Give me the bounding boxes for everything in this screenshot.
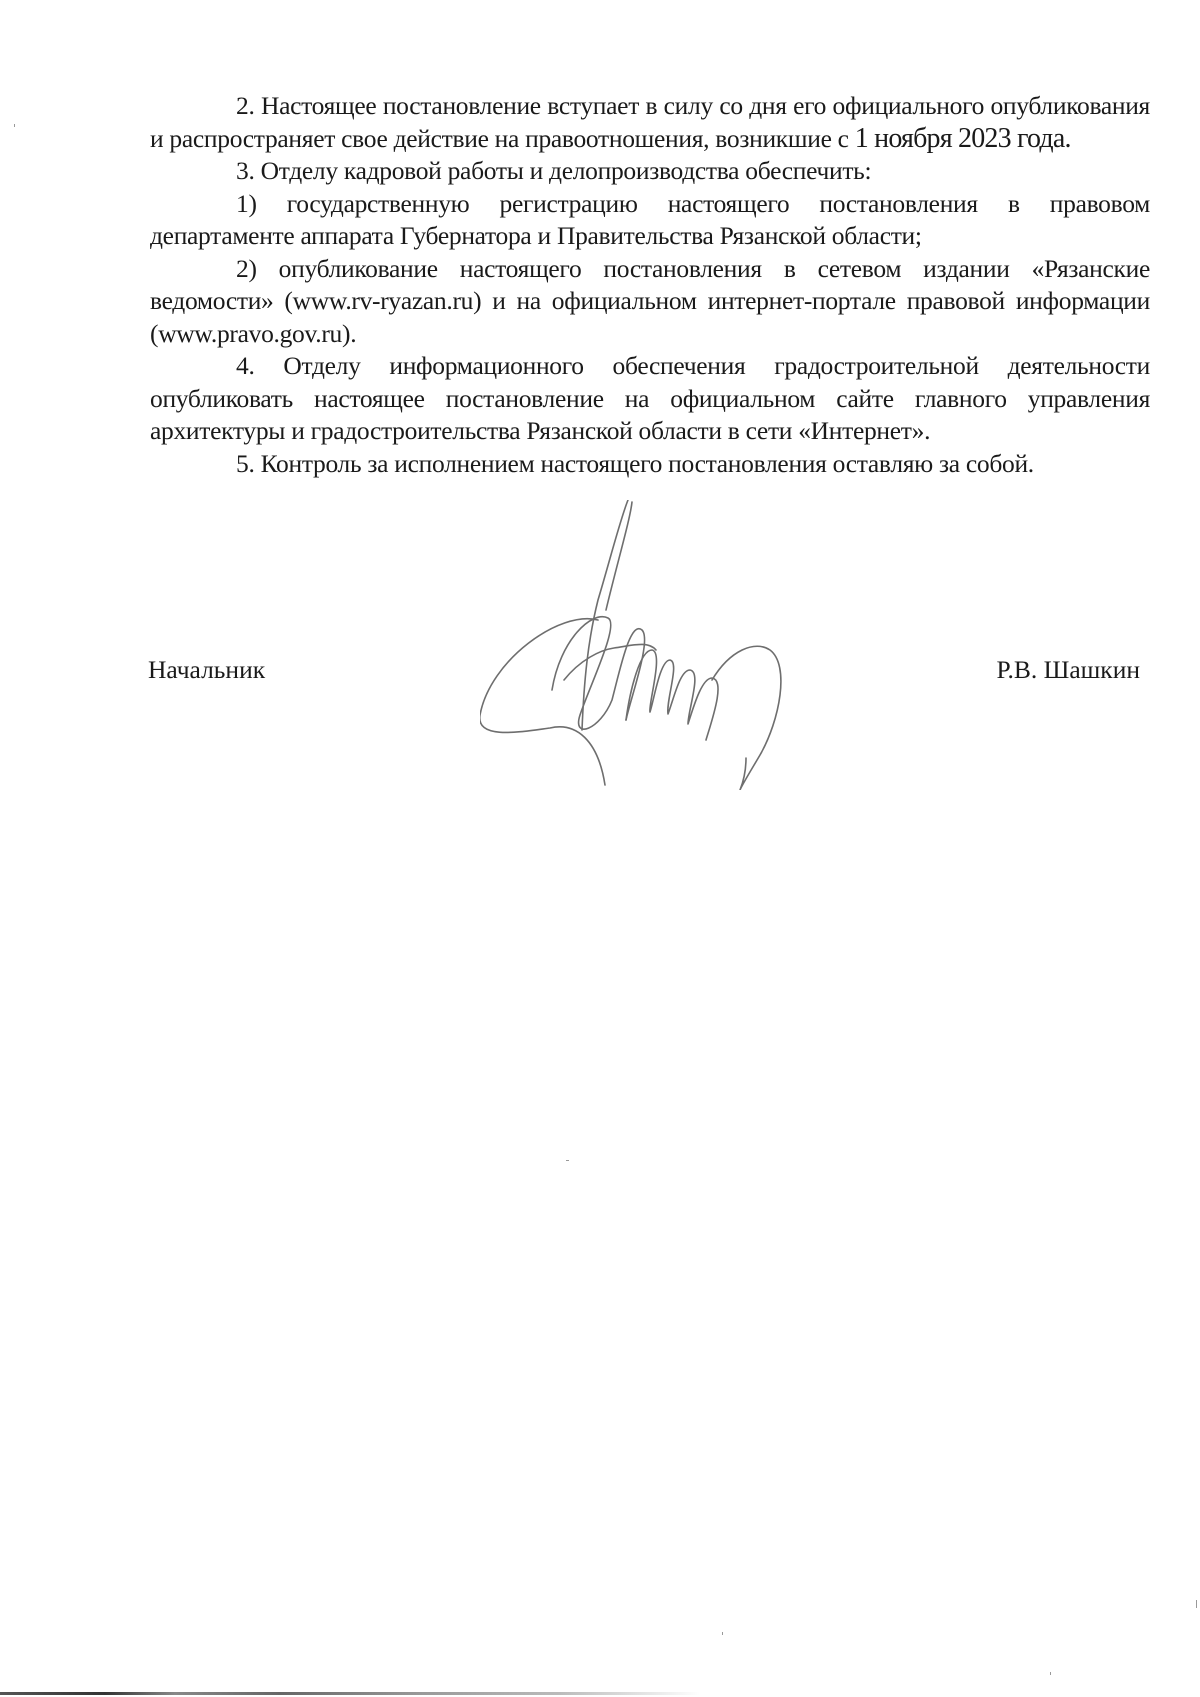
effective-date: 1 ноября 2023 года.: [855, 123, 1071, 154]
paragraph-3-item-1: 1) государственную регистрацию настоящег…: [150, 188, 1150, 253]
document-page: 2. Настоящее постановление вступает в си…: [0, 0, 1200, 1697]
paragraph-2: 2. Настоящее постановление вступает в си…: [150, 90, 1150, 155]
scan-artifact: [1050, 1672, 1051, 1675]
scan-artifact: [566, 1160, 569, 1161]
paragraph-4: 4. Отделу информационного обеспечения гр…: [150, 350, 1150, 448]
paragraph-3-item-2: 2) опубликование настоящего постановлени…: [150, 253, 1150, 351]
document-body: 2. Настоящее постановление вступает в си…: [150, 90, 1150, 480]
scan-artifact: [14, 124, 15, 127]
signer-name: Р.В. Шашкин: [997, 654, 1141, 686]
scan-bottom-edge: [0, 1692, 700, 1695]
paragraph-5: 5. Контроль за исполнением настоящего по…: [150, 448, 1150, 481]
scan-artifact: [1196, 1600, 1197, 1608]
paragraph-3: 3. Отделу кадровой работы и делопроизвод…: [150, 155, 1150, 188]
handwritten-signature-icon: [480, 500, 840, 790]
signer-position: Начальник: [148, 654, 265, 686]
scan-artifact: [722, 1632, 723, 1635]
